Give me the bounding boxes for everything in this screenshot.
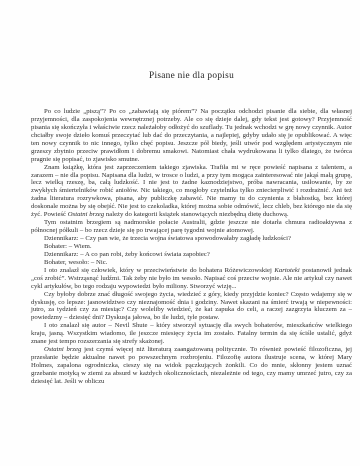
text-segment: Bohater: – Wiem. (44, 243, 92, 250)
paragraph: I oto znalazł się człowiek, który w prze… (31, 267, 352, 291)
paragraph: Dziennikarz: – Czy pan wie, że trzecia w… (31, 235, 352, 243)
text-segment: Dziennikarz: – A co pan robi, żeby końco… (44, 251, 210, 258)
italic-text-segment: Ostatni brzeg (68, 211, 104, 218)
text-segment: Tym ostatnim brzegiem są nadmorskie poła… (31, 219, 352, 234)
paragraph: I oto znalazł się autor – Nevil Shute – … (31, 322, 352, 346)
paragraph: Czy byłoby dobrze znać długość swojego ż… (31, 291, 352, 323)
italic-text-segment: Ostatni brzeg (44, 346, 81, 353)
paragraph: Bohater, wesoło: – Nic. (31, 259, 352, 267)
italic-text-segment: Kartoteki (274, 267, 299, 274)
text-segment: należy do kategorii książek stanowiących… (104, 211, 288, 218)
text-segment: Czy byłoby dobrze znać długość swojego ż… (31, 291, 352, 322)
body-text: Po co ludzie „piszą”? Po co „zabawiają s… (31, 108, 352, 386)
text-segment: I oto znalazł się człowiek, który w prze… (44, 267, 274, 274)
paragraph: Tym ostatnim brzegiem są nadmorskie poła… (31, 219, 352, 235)
page-title: Pisane nie dla popisu (31, 71, 352, 81)
text-segment: I oto znalazł się autor – Nevil Shute – … (31, 322, 352, 345)
paragraph: Dziennikarz: – A co pan robi, żeby końco… (31, 251, 352, 259)
paragraph: Bohater: – Wiem. (31, 243, 352, 251)
paragraph: Po co ludzie „piszą”? Po co „zabawiają s… (31, 108, 352, 164)
text-segment: Po co ludzie „piszą”? Po co „zabawiają s… (31, 108, 352, 163)
paragraph: Ostatni brzeg jest czymś więcej niż lite… (31, 346, 352, 386)
text-segment: Znam książkę, która jest zaprzeczeniem t… (31, 164, 352, 219)
text-segment: Bohater, wesoło: – Nic. (44, 259, 107, 266)
text-segment: Dziennikarz: – Czy pan wie, że trzecia w… (44, 235, 291, 242)
book-page: Pisane nie dla popisu Po co ludzie „pisz… (0, 0, 360, 466)
paragraph: Znam książkę, która jest zaprzeczeniem t… (31, 164, 352, 220)
